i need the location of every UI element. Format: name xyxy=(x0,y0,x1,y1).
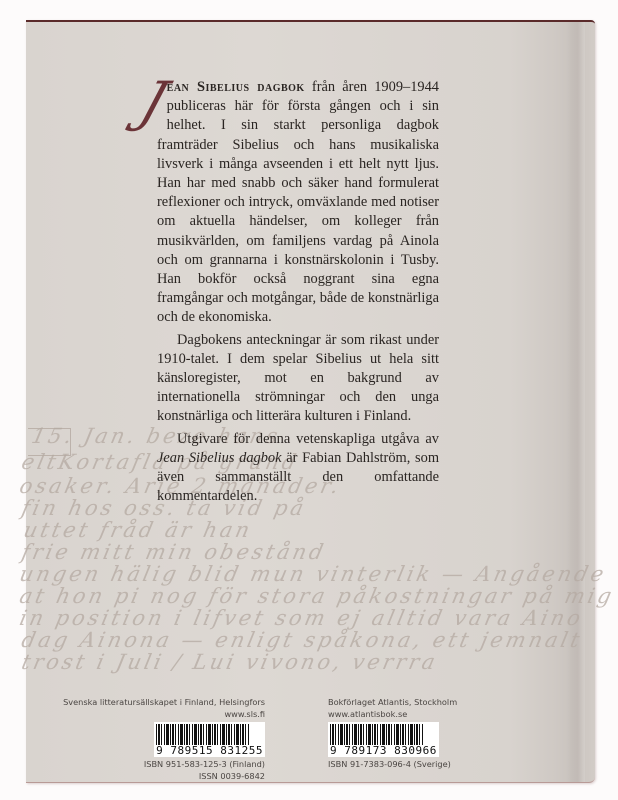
publisher-name: Svenska litteratursällskapet i Finland, … xyxy=(63,696,265,708)
book-title-italic: Jean Sibelius dagbok xyxy=(157,450,282,466)
barcode-number: 9 789515 831255 xyxy=(156,745,263,757)
book-title-smallcaps: ean Sibelius dagbok xyxy=(167,79,305,95)
blurb-paragraph-3: Utgivare för denna vetenskapliga utgåva … xyxy=(157,430,439,507)
blurb-text: Jean Sibelius dagbok från åren 1909–1944… xyxy=(157,78,439,506)
handwriting-line: frie mitt min obestånd xyxy=(19,540,328,564)
blurb-paragraph-2: Dagbokens anteckningar är som rikast und… xyxy=(157,331,439,427)
publisher-url: www.sls.fi xyxy=(63,708,265,720)
handwriting-line: in position i lifvet som ej alltid vara … xyxy=(17,606,585,630)
book-back-cover: 15. Jan. beze hans eltKortafla på grund … xyxy=(26,20,595,783)
handwriting-line: ungen hälig blid mun vinterlik — Angåend… xyxy=(17,562,608,586)
publisher-sls: Svenska litteratursällskapet i Finland, … xyxy=(63,696,265,782)
issn: ISSN 0039-6842 xyxy=(63,770,265,782)
publisher-name: Bokförlaget Atlantis, Stockholm xyxy=(328,696,457,708)
spine-shadow xyxy=(567,22,585,782)
handwriting-line: dag Ainona — enligt spåkona, ett jemnalt xyxy=(19,628,584,652)
date-box-decoration xyxy=(28,428,71,456)
barcode-sls: 9 789515 831255 xyxy=(154,722,265,757)
isbn-sverige: ISBN 91-7383-096-4 (Sverige) xyxy=(328,758,457,770)
handwriting-line: uttet fråd är han xyxy=(21,518,254,542)
publisher-atlantis: Bokförlaget Atlantis, Stockholm www.atla… xyxy=(328,696,457,770)
barcode-bars xyxy=(330,724,424,746)
blurb-paragraph-1-text: från åren 1909–1944 publiceras här för f… xyxy=(157,79,439,325)
barcode-bars xyxy=(156,724,250,746)
barcode-number: 9 789173 830966 xyxy=(330,745,437,757)
blurb-paragraph-3-pre: Utgivare för denna vetenskapliga utgåva … xyxy=(177,431,439,447)
isbn-finland: ISBN 951-583-125-3 (Finland) xyxy=(63,758,265,770)
handwriting-line: trost i Juli / Lui vivono, verrra xyxy=(19,650,440,674)
publisher-url: www.atlantisbok.se xyxy=(328,708,457,720)
handwriting-line: at hon pi nog för stora påkostningar på … xyxy=(17,584,616,608)
blurb-paragraph-1: Jean Sibelius dagbok från åren 1909–1944… xyxy=(157,78,439,328)
barcode-atlantis: 9 789173 830966 xyxy=(328,722,439,757)
